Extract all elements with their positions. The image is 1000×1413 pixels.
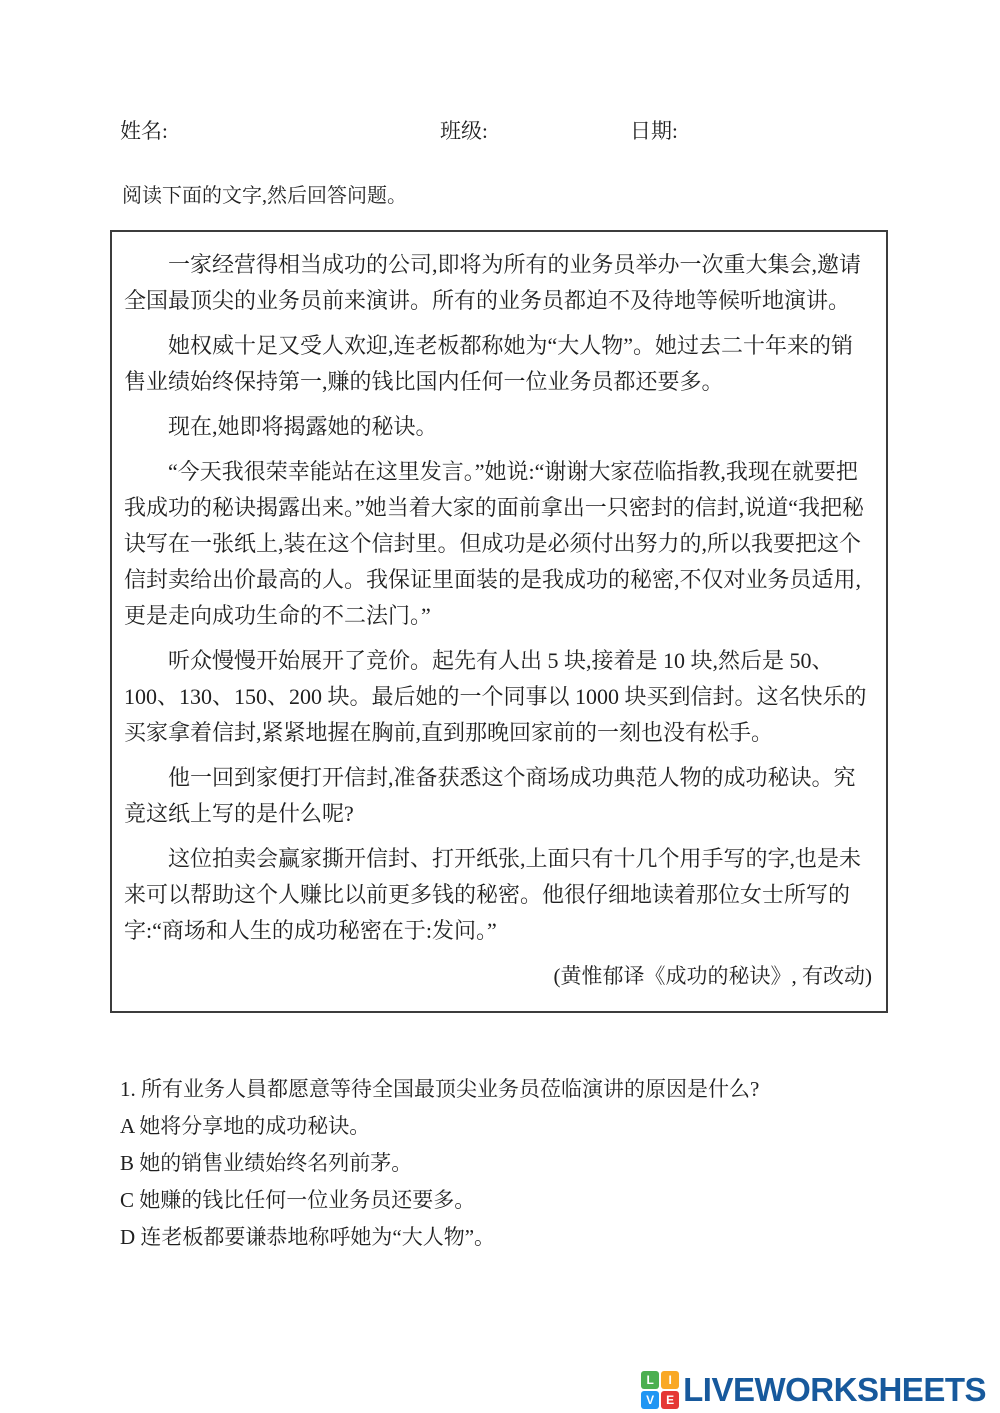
instruction-text: 阅读下面的文字,然后回答问题。 [122, 179, 890, 208]
header-row: 姓名: 班级: 日期: [120, 115, 890, 145]
question-block: 1. 所有业务人員都愿意等待全国最顶尖业务员莅临演讲的原因是什么? A 她将分享… [120, 1071, 890, 1256]
question-1-option-c[interactable]: C 她赚的钱比任何一位业务员还要多。 [120, 1182, 890, 1219]
logo-tile-e: E [661, 1391, 679, 1409]
passage-paragraph-1: 一家经营得相当成功的公司,即将为所有的业务员举办一次重大集会,邀请全国最顶尖的业… [124, 247, 872, 319]
question-1-option-d[interactable]: D 连老板都要谦恭地称呼她为“大人物”。 [120, 1219, 890, 1256]
liveworksheets-logo[interactable]: L I V E LIVEWORKSHEETS [641, 1371, 986, 1409]
logo-tile-i: I [661, 1371, 679, 1389]
passage-paragraph-2: 她权威十足又受人欢迎,连老板都称她为“大人物”。她过去二十年来的销售业绩始终保持… [124, 328, 872, 400]
passage-paragraph-5: 听众慢慢开始展开了竞价。起先有人出 5 块,接着是 10 块,然后是 50、10… [124, 643, 872, 751]
passage-attribution: (黄惟郁译《成功的秘诀》, 有改动) [124, 958, 872, 994]
date-field-label: 日期: [630, 115, 890, 145]
passage-paragraph-3: 现在,她即将揭露她的秘诀。 [124, 409, 872, 445]
question-1-option-b[interactable]: B 她的销售业绩始终名列前茅。 [120, 1145, 890, 1182]
liveworksheets-icon: L I V E [641, 1371, 679, 1409]
question-1-option-a[interactable]: A 她将分享地的成功秘诀。 [120, 1108, 890, 1145]
question-1-text: 1. 所有业务人員都愿意等待全国最顶尖业务员莅临演讲的原因是什么? [120, 1071, 890, 1108]
worksheet-page: 姓名: 班级: 日期: 阅读下面的文字,然后回答问题。 一家经营得相当成功的公司… [120, 115, 890, 1256]
logo-tile-v: V [641, 1391, 659, 1409]
passage-box: 一家经营得相当成功的公司,即将为所有的业务员举办一次重大集会,邀请全国最顶尖的业… [110, 230, 888, 1013]
logo-tile-l: L [641, 1371, 659, 1389]
logo-wordmark: LIVEWORKSHEETS [683, 1371, 986, 1409]
name-field-label: 姓名: [120, 115, 440, 145]
class-field-label: 班级: [440, 115, 630, 145]
passage-paragraph-6: 他一回到家便打开信封,准备获悉这个商场成功典范人物的成功秘诀。究竟这纸上写的是什… [124, 760, 872, 832]
passage-paragraph-7: 这位拍卖会赢家撕开信封、打开纸张,上面只有十几个用手写的字,也是未来可以帮助这个… [124, 841, 872, 949]
passage-paragraph-4: “今天我很荣幸能站在这里发言。”她说:“谢谢大家莅临指教,我现在就要把我成功的秘… [124, 454, 872, 634]
